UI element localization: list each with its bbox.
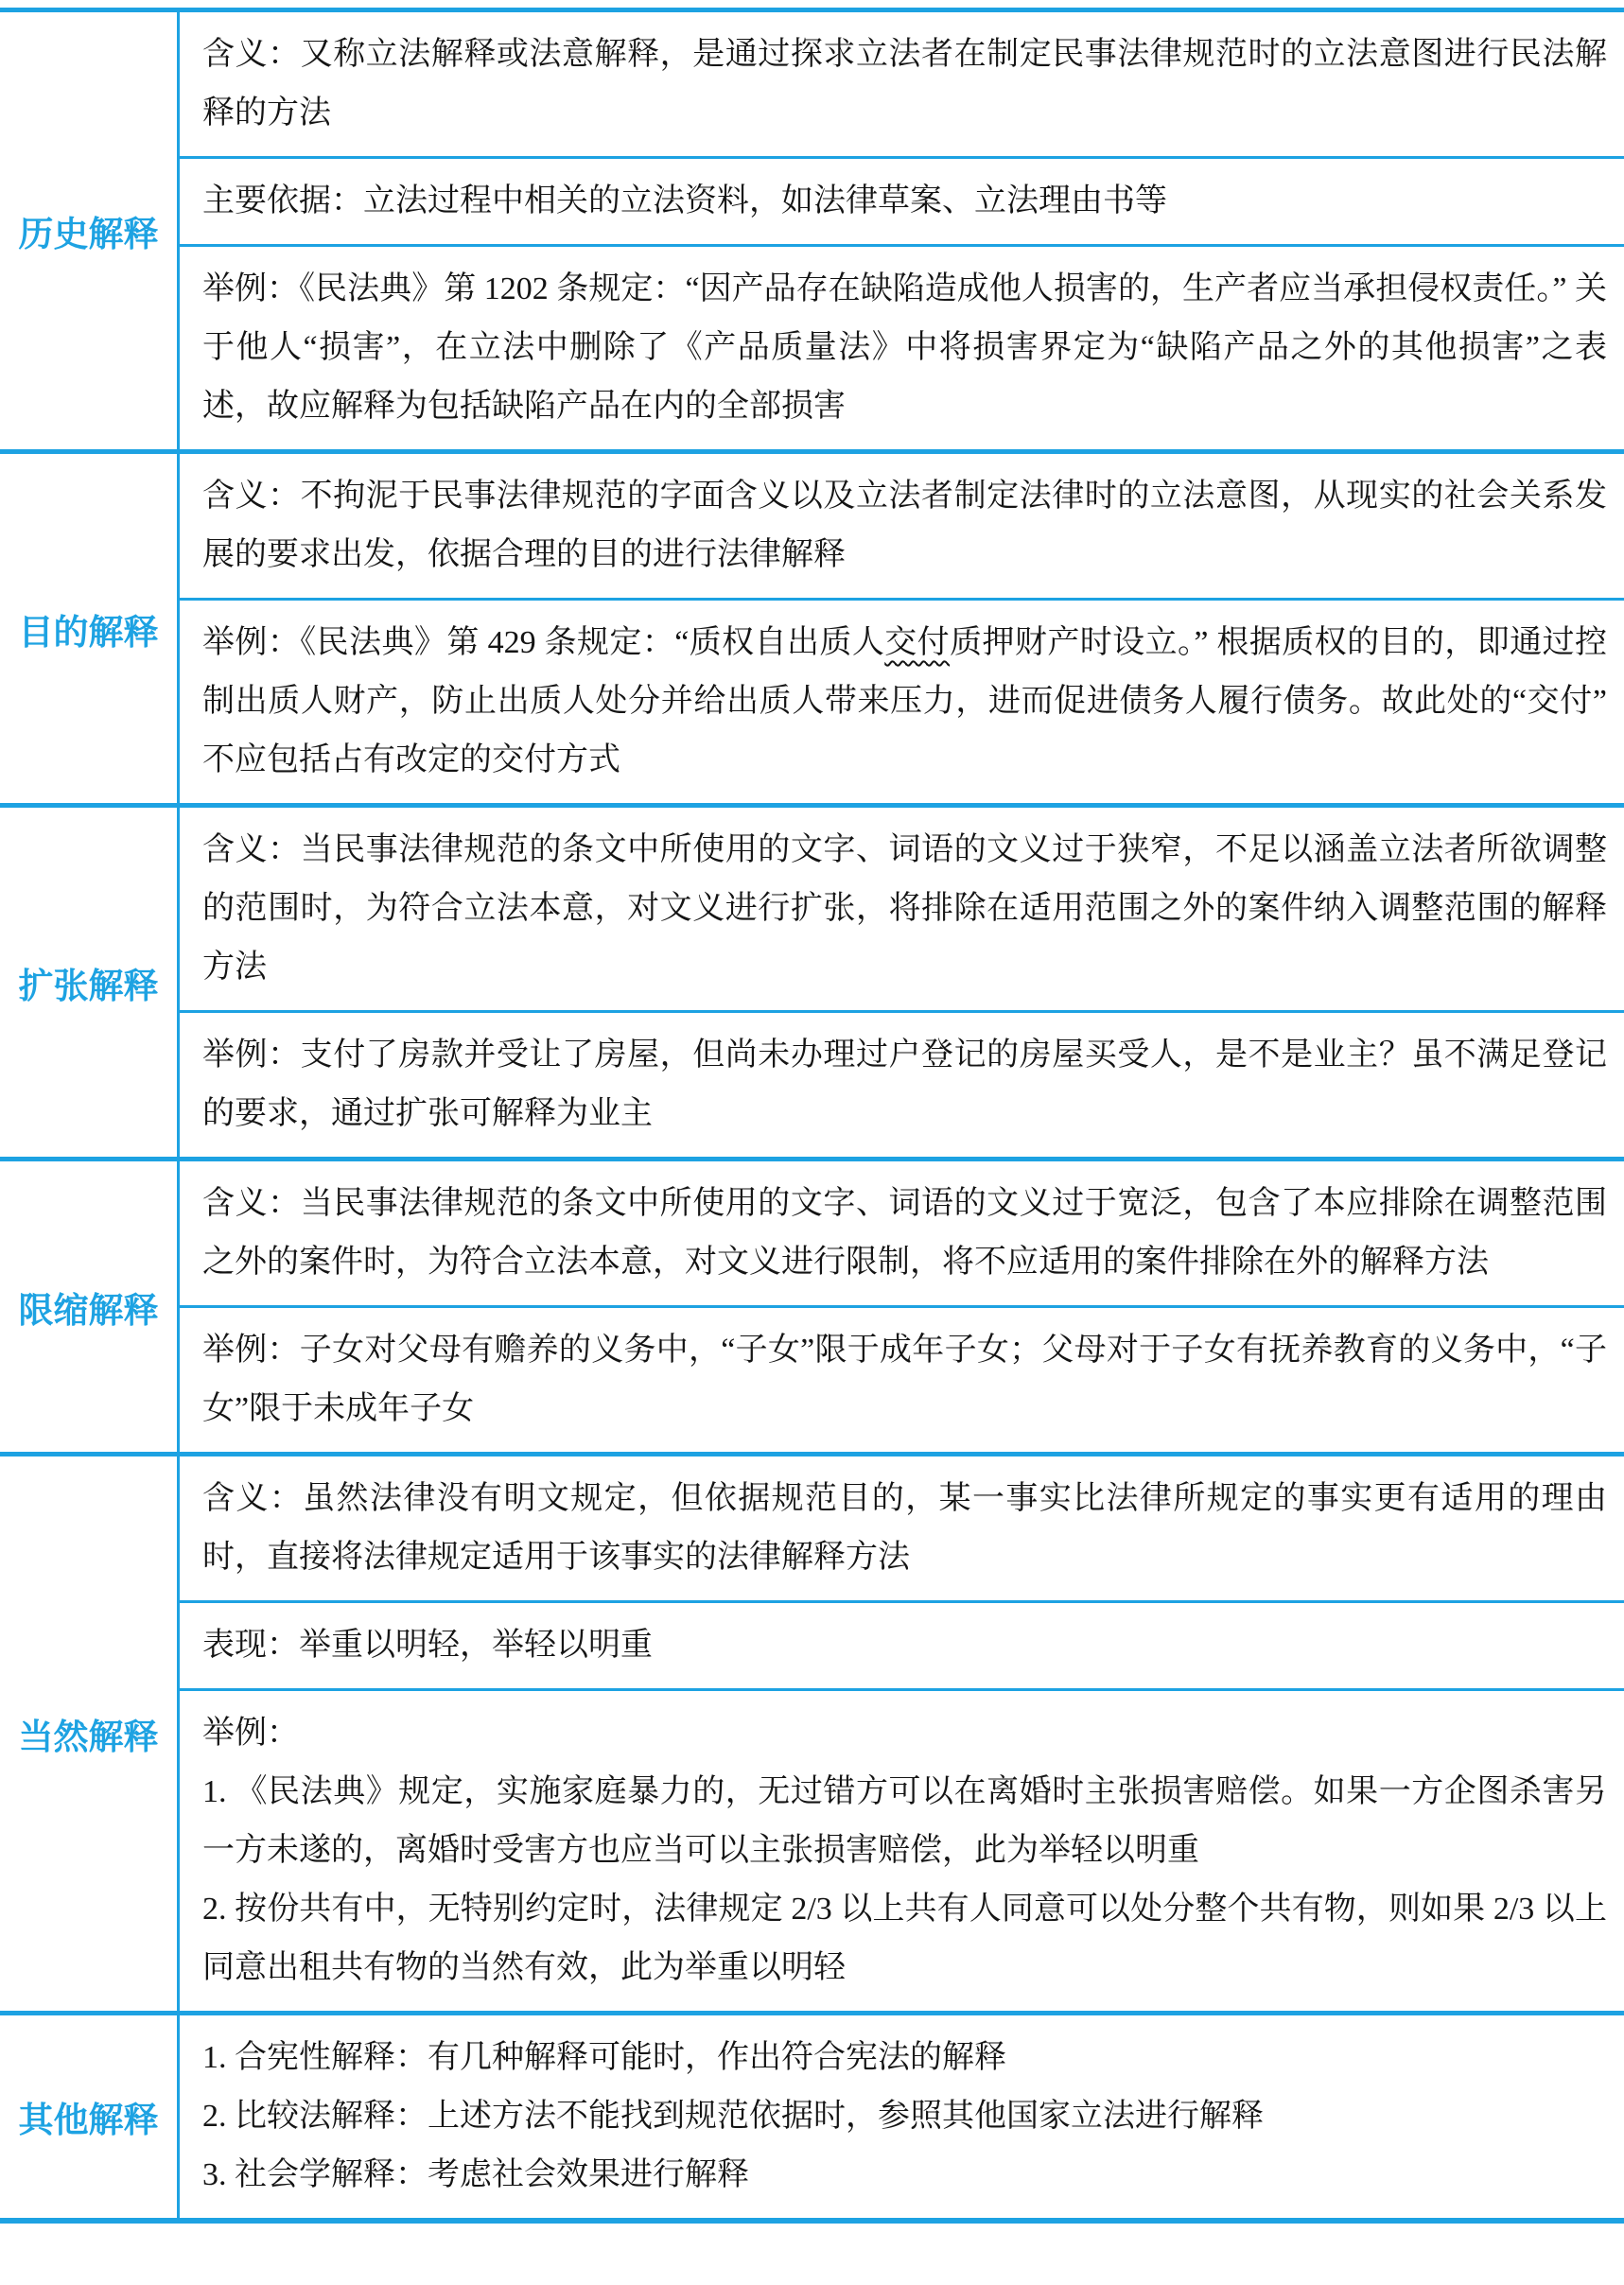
section-label: 历史解释	[19, 205, 159, 256]
cell-line: 举例：支付了房款并受让了房屋，但尚未办理过户登记的房屋买受人，是不是业主？虽不满…	[202, 1026, 1607, 1143]
section-label: 扩张解释	[19, 957, 159, 1008]
cell-line: 1. 合宪性解释：有几种解释可能时，作出符合宪法的解释	[202, 2029, 1607, 2087]
table-section-row: 历史解释含义：又称立法解释或法意解释，是通过探求立法者在制定民事法律规范时的立法…	[0, 12, 1624, 454]
table-cell: 表现：举重以明轻，举轻以明重	[180, 1603, 1624, 1691]
section-content-column: 含义：当民事法律规范的条文中所使用的文字、词语的文义过于宽泛，包含了本应排除在调…	[180, 1161, 1624, 1452]
table-cell: 举例：1. 《民法典》规定，实施家庭暴力的，无过错方可以在离婚时主张损害赔偿。如…	[180, 1691, 1624, 2011]
cell-line: 主要依据：立法过程中相关的立法资料，如法律草案、立法理由书等	[202, 172, 1607, 231]
section-content-column: 1. 合宪性解释：有几种解释可能时，作出符合宪法的解释2. 比较法解释：上述方法…	[180, 2015, 1624, 2218]
cell-line: 1. 《民法典》规定，实施家庭暴力的，无过错方可以在离婚时主张损害赔偿。如果一方…	[202, 1763, 1607, 1880]
table-section-row: 扩张解释含义：当民事法律规范的条文中所使用的文字、词语的文义过于狭窄，不足以涵盖…	[0, 808, 1624, 1161]
section-label: 当然解释	[19, 1708, 159, 1759]
cell-line: 含义：当民事法律规范的条文中所使用的文字、词语的文义过于宽泛，包含了本应排除在调…	[202, 1175, 1607, 1292]
table-cell: 举例：《民法典》第 1202 条规定：“因产品存在缺陷造成他人损害的，生产者应当…	[180, 247, 1624, 449]
cell-line: 含义：虽然法律没有明文规定，但依据规范目的，某一事实比法律所规定的事实更有适用的…	[202, 1470, 1607, 1587]
cell-line: 举例：《民法典》第 429 条规定：“质权自出质人交付质押财产时设立。” 根据质…	[202, 614, 1607, 790]
section-label-cell: 当然解释	[0, 1456, 180, 2011]
section-label-cell: 扩张解释	[0, 808, 180, 1157]
section-content-column: 含义：不拘泥于民事法律规范的字面含义以及立法者制定法律时的立法意图，从现实的社会…	[180, 454, 1624, 803]
section-label: 限缩解释	[19, 1282, 159, 1333]
table-section-row: 限缩解释含义：当民事法律规范的条文中所使用的文字、词语的文义过于宽泛，包含了本应…	[0, 1161, 1624, 1456]
cell-line: 举例：《民法典》第 1202 条规定：“因产品存在缺陷造成他人损害的，生产者应当…	[202, 260, 1607, 436]
table-cell: 举例：子女对父母有赡养的义务中，“子女”限于成年子女；父母对于子女有抚养教育的义…	[180, 1308, 1624, 1452]
table-cell: 1. 合宪性解释：有几种解释可能时，作出符合宪法的解释2. 比较法解释：上述方法…	[180, 2015, 1624, 2218]
table-cell: 含义：当民事法律规范的条文中所使用的文字、词语的文义过于狭窄，不足以涵盖立法者所…	[180, 808, 1624, 1013]
table-cell: 举例：支付了房款并受让了房屋，但尚未办理过户登记的房屋买受人，是不是业主？虽不满…	[180, 1013, 1624, 1157]
table-section-row: 当然解释含义：虽然法律没有明文规定，但依据规范目的，某一事实比法律所规定的事实更…	[0, 1456, 1624, 2015]
table-cell: 含义：又称立法解释或法意解释，是通过探求立法者在制定民事法律规范时的立法意图进行…	[180, 12, 1624, 159]
table-section-row: 其他解释1. 合宪性解释：有几种解释可能时，作出符合宪法的解释2. 比较法解释：…	[0, 2015, 1624, 2218]
section-label-cell: 历史解释	[0, 12, 180, 449]
table-cell: 含义：虽然法律没有明文规定，但依据规范目的，某一事实比法律所规定的事实更有适用的…	[180, 1456, 1624, 1603]
table-cell: 含义：不拘泥于民事法律规范的字面含义以及立法者制定法律时的立法意图，从现实的社会…	[180, 454, 1624, 601]
table-cell: 主要依据：立法过程中相关的立法资料，如法律草案、立法理由书等	[180, 159, 1624, 247]
cell-line: 举例：	[202, 1704, 1607, 1763]
section-content-column: 含义：又称立法解释或法意解释，是通过探求立法者在制定民事法律规范时的立法意图进行…	[180, 12, 1624, 449]
section-label: 目的解释	[19, 603, 159, 654]
section-content-column: 含义：虽然法律没有明文规定，但依据规范目的，某一事实比法律所规定的事实更有适用的…	[180, 1456, 1624, 2011]
section-label: 其他解释	[19, 2091, 159, 2142]
cell-line: 举例：子女对父母有赡养的义务中，“子女”限于成年子女；父母对于子女有抚养教育的义…	[202, 1321, 1607, 1439]
cell-line: 含义：当民事法律规范的条文中所使用的文字、词语的文义过于狭窄，不足以涵盖立法者所…	[202, 821, 1607, 997]
section-label-cell: 目的解释	[0, 454, 180, 803]
table-section-row: 目的解释含义：不拘泥于民事法律规范的字面含义以及立法者制定法律时的立法意图，从现…	[0, 454, 1624, 808]
section-label-cell: 其他解释	[0, 2015, 180, 2218]
cell-line: 含义：不拘泥于民事法律规范的字面含义以及立法者制定法律时的立法意图，从现实的社会…	[202, 467, 1607, 584]
cell-line: 含义：又称立法解释或法意解释，是通过探求立法者在制定民事法律规范时的立法意图进行…	[202, 26, 1607, 143]
cell-line: 2. 按份共有中，无特别约定时，法律规定 2/3 以上共有人同意可以处分整个共有…	[202, 1880, 1607, 1997]
wavy-underline-text: 交付	[884, 625, 950, 660]
table-cell: 举例：《民法典》第 429 条规定：“质权自出质人交付质押财产时设立。” 根据质…	[180, 601, 1624, 803]
section-content-column: 含义：当民事法律规范的条文中所使用的文字、词语的文义过于狭窄，不足以涵盖立法者所…	[180, 808, 1624, 1157]
textbook-page: 历史解释含义：又称立法解释或法意解释，是通过探求立法者在制定民事法律规范时的立法…	[0, 0, 1624, 2229]
interpretation-methods-table: 历史解释含义：又称立法解释或法意解释，是通过探求立法者在制定民事法律规范时的立法…	[0, 8, 1624, 2224]
cell-line: 表现：举重以明轻，举轻以明重	[202, 1616, 1607, 1675]
table-cell: 含义：当民事法律规范的条文中所使用的文字、词语的文义过于宽泛，包含了本应排除在调…	[180, 1161, 1624, 1308]
cell-line: 2. 比较法解释：上述方法不能找到规范依据时，参照其他国家立法进行解释	[202, 2087, 1607, 2146]
cell-line: 3. 社会学解释：考虑社会效果进行解释	[202, 2146, 1607, 2205]
section-label-cell: 限缩解释	[0, 1161, 180, 1452]
